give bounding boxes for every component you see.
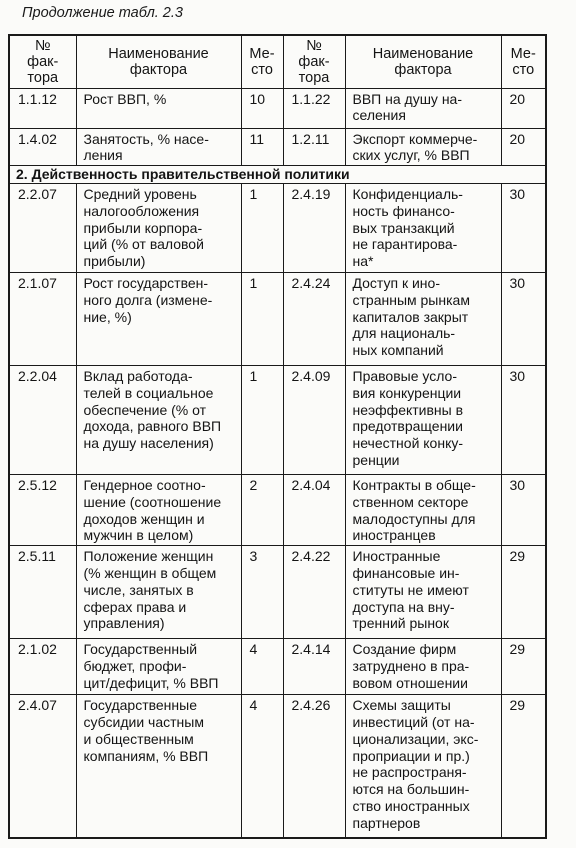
rank-cell: 3 <box>241 546 283 639</box>
table-row: 1.4.02Занятость, % насе- ления111.2.11Эк… <box>9 128 546 166</box>
rank-cell: 29 <box>501 546 546 639</box>
factor-name-cell: Схемы защиты инвестиций (от на- ционализ… <box>345 695 501 838</box>
table-row: 2.1.07Рост государствен- ного долга (изм… <box>9 273 546 366</box>
rank-cell: 1 <box>241 366 283 475</box>
factor-name-cell: Вклад работода- телей в социальное обесп… <box>76 366 241 475</box>
table-row: 2.1.02Государственный бюджет, профи- цит… <box>9 639 546 695</box>
factor-name-cell: Рост государствен- ного долга (измене- н… <box>76 273 241 366</box>
rank-cell: 11 <box>241 128 283 166</box>
rank-cell: 29 <box>501 639 546 695</box>
factor-number-cell: 2.2.07 <box>9 184 76 273</box>
factor-number-cell: 2.4.04 <box>283 475 345 546</box>
table-header-row: № фак- тора Наименование фактора Ме- сто… <box>9 35 546 88</box>
rank-cell: 10 <box>241 88 283 128</box>
factor-number-cell: 2.1.02 <box>9 639 76 695</box>
factor-number-cell: 1.2.11 <box>283 128 345 166</box>
section-row: 2. Действенность правительственной полит… <box>9 166 546 184</box>
rank-cell: 30 <box>501 273 546 366</box>
rank-cell: 4 <box>241 639 283 695</box>
factor-name-cell: Гендерное соотно- шение (соотношение дох… <box>76 475 241 546</box>
section-title: 2. Действенность правительственной полит… <box>9 166 546 184</box>
factor-number-cell: 1.4.02 <box>9 128 76 166</box>
factor-number-cell: 1.1.22 <box>283 88 345 128</box>
table-row: 2.2.04Вклад работода- телей в социальное… <box>9 366 546 475</box>
rank-cell: 30 <box>501 475 546 546</box>
header-factor-number-2: № фак- тора <box>283 35 345 88</box>
factor-number-cell: 2.2.04 <box>9 366 76 475</box>
table-row: 2.4.07Государственные субсидии частным и… <box>9 695 546 838</box>
factor-name-cell: Рост ВВП, % <box>76 88 241 128</box>
factor-number-cell: 2.4.19 <box>283 184 345 273</box>
factor-number-cell: 2.4.22 <box>283 546 345 639</box>
factor-name-cell: Средний уровень налогообложения прибыли … <box>76 184 241 273</box>
rank-cell: 30 <box>501 184 546 273</box>
table-row: 1.1.12Рост ВВП, %101.1.22ВВП на душу на-… <box>9 88 546 128</box>
factor-name-cell: Правовые усло- вия конкуренции неэффекти… <box>345 366 501 475</box>
rank-cell: 29 <box>501 695 546 838</box>
rank-cell: 4 <box>241 695 283 838</box>
factor-number-cell: 1.1.12 <box>9 88 76 128</box>
rank-cell: 1 <box>241 184 283 273</box>
factor-number-cell: 2.4.14 <box>283 639 345 695</box>
rank-cell: 20 <box>501 128 546 166</box>
factor-name-cell: Занятость, % насе- ления <box>76 128 241 166</box>
factor-number-cell: 2.4.24 <box>283 273 345 366</box>
factor-number-cell: 2.4.07 <box>9 695 76 838</box>
factor-number-cell: 2.5.11 <box>9 546 76 639</box>
factor-name-cell: Контракты в обще- ственном секторе малод… <box>345 475 501 546</box>
header-factor-number-1: № фак- тора <box>9 35 76 88</box>
factor-number-cell: 2.5.12 <box>9 475 76 546</box>
factor-name-cell: Иностранные финансовые ин- ституты не им… <box>345 546 501 639</box>
table-row: 2.5.11Положение женщин (% женщин в общем… <box>9 546 546 639</box>
factor-name-cell: Государственные субсидии частным и общес… <box>76 695 241 838</box>
factor-name-cell: ВВП на душу на- селения <box>345 88 501 128</box>
factor-number-cell: 2.4.26 <box>283 695 345 838</box>
factor-name-cell: Экспорт коммерче- ских услуг, % ВВП <box>345 128 501 166</box>
rank-cell: 1 <box>241 273 283 366</box>
factor-name-cell: Доступ к ино- странным рынкам капиталов … <box>345 273 501 366</box>
table-row: 2.2.07Средний уровень налогообложения пр… <box>9 184 546 273</box>
factor-name-cell: Конфиденциаль- ность финансо- вых транза… <box>345 184 501 273</box>
factor-number-cell: 2.4.09 <box>283 366 345 475</box>
rank-cell: 20 <box>501 88 546 128</box>
factor-table: № фак- тора Наименование фактора Ме- сто… <box>8 34 547 839</box>
header-rank-1: Ме- сто <box>241 35 283 88</box>
rank-cell: 2 <box>241 475 283 546</box>
factor-name-cell: Создание фирм затруднено в пра- вовом от… <box>345 639 501 695</box>
factor-name-cell: Положение женщин (% женщин в общем числе… <box>76 546 241 639</box>
table-caption: Продолжение табл. 2.3 <box>22 5 183 21</box>
factor-name-cell: Государственный бюджет, профи- цит/дефиц… <box>76 639 241 695</box>
factor-number-cell: 2.1.07 <box>9 273 76 366</box>
header-factor-name-1: Наименование фактора <box>76 35 241 88</box>
header-factor-name-2: Наименование фактора <box>345 35 501 88</box>
rank-cell: 30 <box>501 366 546 475</box>
header-rank-2: Ме- сто <box>501 35 546 88</box>
table-row: 2.5.12Гендерное соотно- шение (соотношен… <box>9 475 546 546</box>
